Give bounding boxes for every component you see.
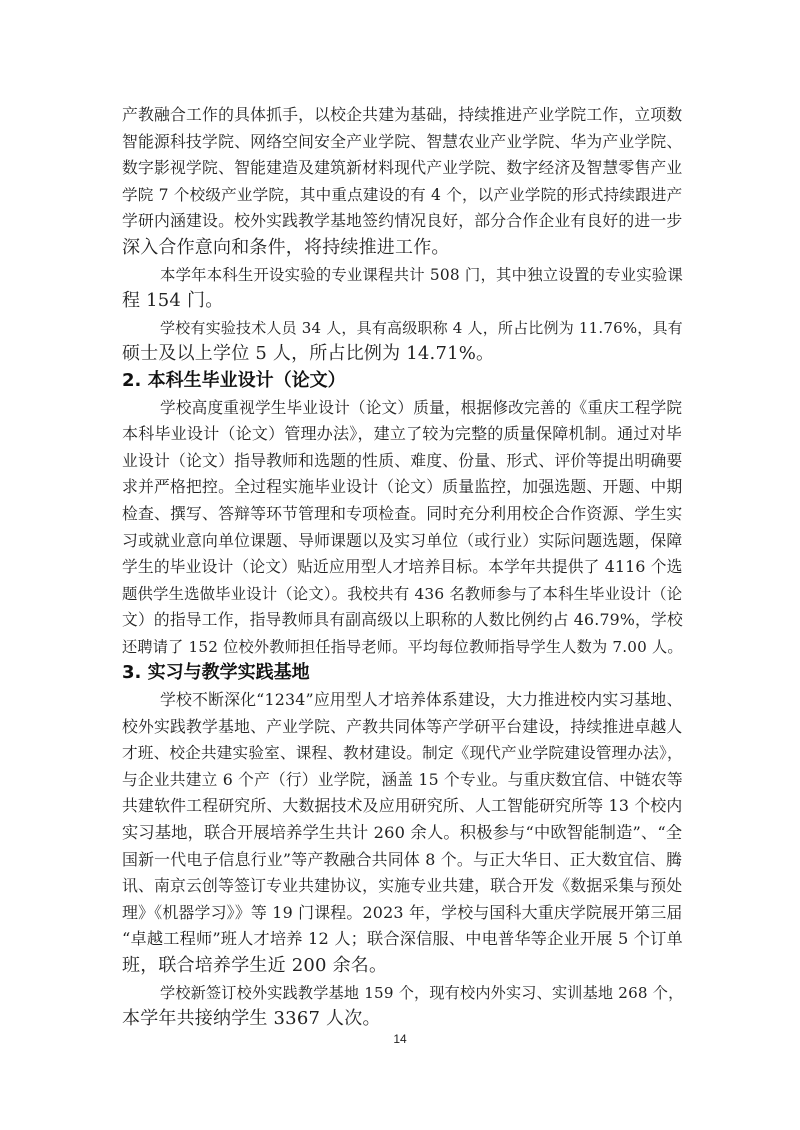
text-line: 讯、南京云创等签订专业共建协议，实施专业共建，联合开发《数据采集与预处 (122, 873, 682, 900)
text-line: 检查、撰写、答辩等环节管理和专项检查。同时充分利用校企合作资源、学生实 (122, 501, 682, 528)
text-line: 习或就业意向单位课题、导师课题以及实习单位（或行业）实际问题选题，保障 (122, 528, 682, 555)
text-line: 学生的毕业设计（论文）贴近应用型人才培养目标。本学年共提供了 4116 个选 (122, 554, 682, 581)
text-line: 学院 7 个校级产业学院，其中重点建设的有 4 个，以产业学院的形式持续跟进产 (122, 182, 682, 209)
text-line: 共建软件工程研究所、大数据技术及应用研究所、人工智能研究所等 13 个校内 (122, 793, 682, 820)
paragraph-experiment-courses: 本学年本科生开设实验的专业课程共计 508 门，其中独立设置的专业实验课 程 1… (122, 262, 682, 315)
text-line: 实习基地，联合开展培养学生共计 260 余人。积极参与“中欧智能制造”、“全 (122, 820, 682, 847)
text-line: “卓越工程师”班人才培养 12 人；联合深信服、中电普华等企业开展 5 个订单 (122, 926, 682, 953)
text-line: 业设计（论文）指导教师和选题的性质、难度、份量、形式、评价等提出明确要 (122, 448, 682, 475)
text-line: 深入合作意向和条件，将持续推进工作。 (122, 235, 682, 262)
text-line: 本学年本科生开设实验的专业课程共计 508 门，其中独立设置的专业实验课 (122, 262, 682, 289)
text-line: 班，联合培养学生近 200 余名。 (122, 953, 682, 980)
text-line: 程 154 门。 (122, 288, 682, 315)
text-line: 理》《机器学习》》等 19 门课程。2023 年，学校与国科大重庆学院展开第三届 (122, 900, 682, 927)
text-line: 硕士及以上学位 5 人，所占比例为 14.71%。 (122, 341, 682, 368)
text-line: 求并严格把控。全过程实施毕业设计（论文）质量监控，加强选题、开题、中期 (122, 474, 682, 501)
text-line: 本学年共接纳学生 3367 人次。 (122, 1006, 682, 1033)
text-line: 学校不断深化“1234”应用型人才培养体系建设，大力推进校内实习基地、 (122, 687, 682, 714)
paragraph-lab-staff: 学校有实验技术人员 34 人，具有高级职称 4 人，所占比例为 11.76%，具… (122, 315, 682, 368)
text-line: 文）的指导工作，指导教师具有副高级以上职称的人数比例约占 46.79%，学校 (122, 607, 682, 634)
paragraph-practice-bases: 学校新签订校外实践教学基地 159 个，现有校内外实习、实训基地 268 个， … (122, 980, 682, 1033)
text-line: 题供学生选做毕业设计（论文）。我校共有 436 名教师参与了本科生毕业设计（论 (122, 581, 682, 608)
page-number: 14 (0, 1032, 800, 1046)
section-heading-graduation-design: 2. 本科生毕业设计（论文） (122, 368, 682, 395)
text-line: 产教融合工作的具体抓手，以校企共建为基础，持续推进产业学院工作，立项数 (122, 102, 682, 129)
text-line: 学校新签订校外实践教学基地 159 个，现有校内外实习、实训基地 268 个， (122, 980, 682, 1007)
text-line: 数字影视学院、智能建造及建筑新材料现代产业学院、数字经济及智慧零售产业 (122, 155, 682, 182)
paragraph-internship-system: 学校不断深化“1234”应用型人才培养体系建设，大力推进校内实习基地、 校外实践… (122, 687, 682, 980)
text-line: 校外实践教学基地、产业学院、产教共同体等产学研平台建设，持续推进卓越人 (122, 714, 682, 741)
text-line: 才班、校企共建实验室、课程、教材建设。制定《现代产业学院建设管理办法》， (122, 740, 682, 767)
text-line: 学校高度重视学生毕业设计（论文）质量，根据修改完善的《重庆工程学院 (122, 395, 682, 422)
text-line: 本科毕业设计（论文）管理办法》，建立了较为完整的质量保障机制。通过对毕 (122, 421, 682, 448)
page-body: 产教融合工作的具体抓手，以校企共建为基础，持续推进产业学院工作，立项数 智能源科… (122, 102, 682, 1033)
section-heading-internship-bases: 3. 实习与教学实践基地 (122, 660, 682, 687)
document-page: 产教融合工作的具体抓手，以校企共建为基础，持续推进产业学院工作，立项数 智能源科… (0, 0, 800, 1130)
text-line: 还聘请了 152 位校外教师担任指导老师。平均每位教师指导学生人数为 7.00 … (122, 634, 682, 661)
paragraph-industry-colleges: 产教融合工作的具体抓手，以校企共建为基础，持续推进产业学院工作，立项数 智能源科… (122, 102, 682, 262)
text-line: 学研内涵建设。校外实践教学基地签约情况良好，部分合作企业有良好的进一步 (122, 208, 682, 235)
paragraph-graduation-design: 学校高度重视学生毕业设计（论文）质量，根据修改完善的《重庆工程学院 本科毕业设计… (122, 395, 682, 661)
text-line: 智能源科技学院、网络空间安全产业学院、智慧农业产业学院、华为产业学院、 (122, 129, 682, 156)
text-line: 国新一代电子信息行业”等产教融合共同体 8 个。与正大华日、正大数宜信、腾 (122, 847, 682, 874)
text-line: 与企业共建立 6 个产（行）业学院，涵盖 15 个专业。与重庆数宜信、中链农等 (122, 767, 682, 794)
text-line: 学校有实验技术人员 34 人，具有高级职称 4 人，所占比例为 11.76%，具… (122, 315, 682, 342)
